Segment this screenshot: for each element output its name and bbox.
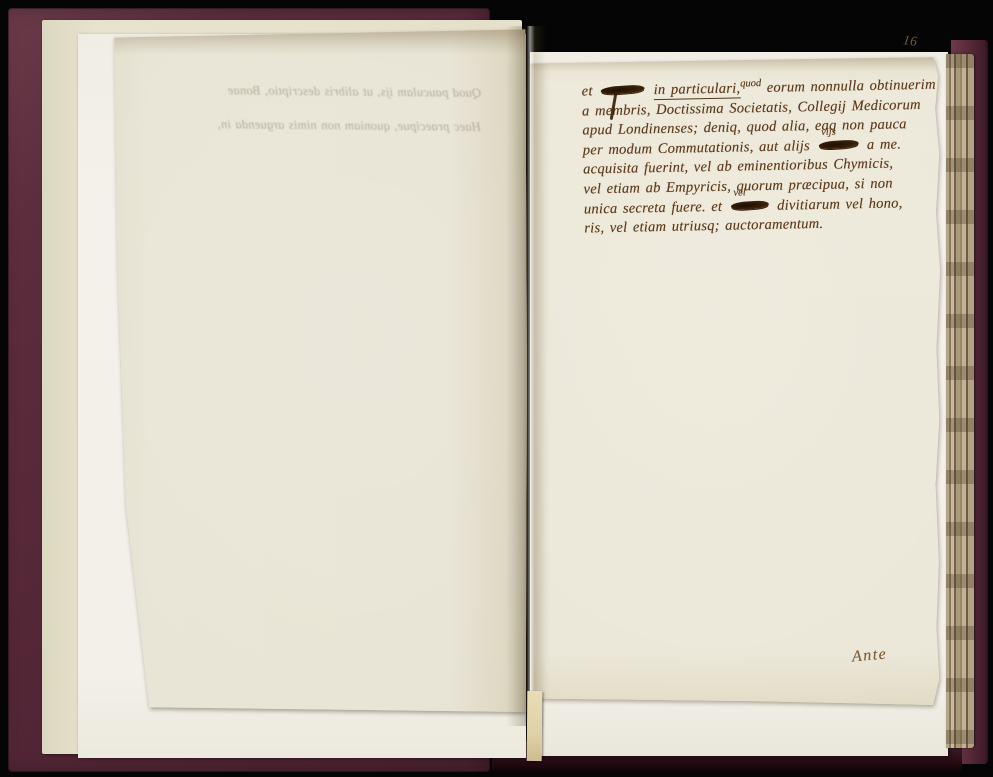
folio-number: 16 xyxy=(902,32,918,50)
ink-blot-deletion xyxy=(601,84,645,95)
book-photo: Quod pauculam ijs, ut alibris descriptio… xyxy=(0,0,993,777)
left-manuscript-leaf: Quod pauculam ijs, ut alibris descriptio… xyxy=(105,28,527,712)
gutter-fold-shadow xyxy=(506,26,546,726)
bleedthrough-paragraph: Haec praecipue, quoniam non nimis arguen… xyxy=(113,114,481,136)
right-leaf-grime-stain xyxy=(530,57,940,71)
left-leaf-grime-stain xyxy=(105,28,527,54)
bleedthrough-paragraph: Quod pauculam ijs, ut alibris descriptio… xyxy=(113,80,481,102)
interlinear-insertion: vijs xyxy=(821,122,836,142)
fore-edge-page-stack xyxy=(946,54,974,748)
interlinear-insertion: vel xyxy=(733,183,746,203)
left-leaf-paper: Quod pauculam ijs, ut alibris descriptio… xyxy=(105,28,527,712)
bleedthrough-text: Quod pauculam ijs, ut alibris descriptio… xyxy=(113,80,482,136)
right-page-text: et in particulari,quod eorum nonnulla ob… xyxy=(582,76,947,240)
catchword: Ante xyxy=(851,645,888,666)
gutter-tab xyxy=(527,691,543,761)
